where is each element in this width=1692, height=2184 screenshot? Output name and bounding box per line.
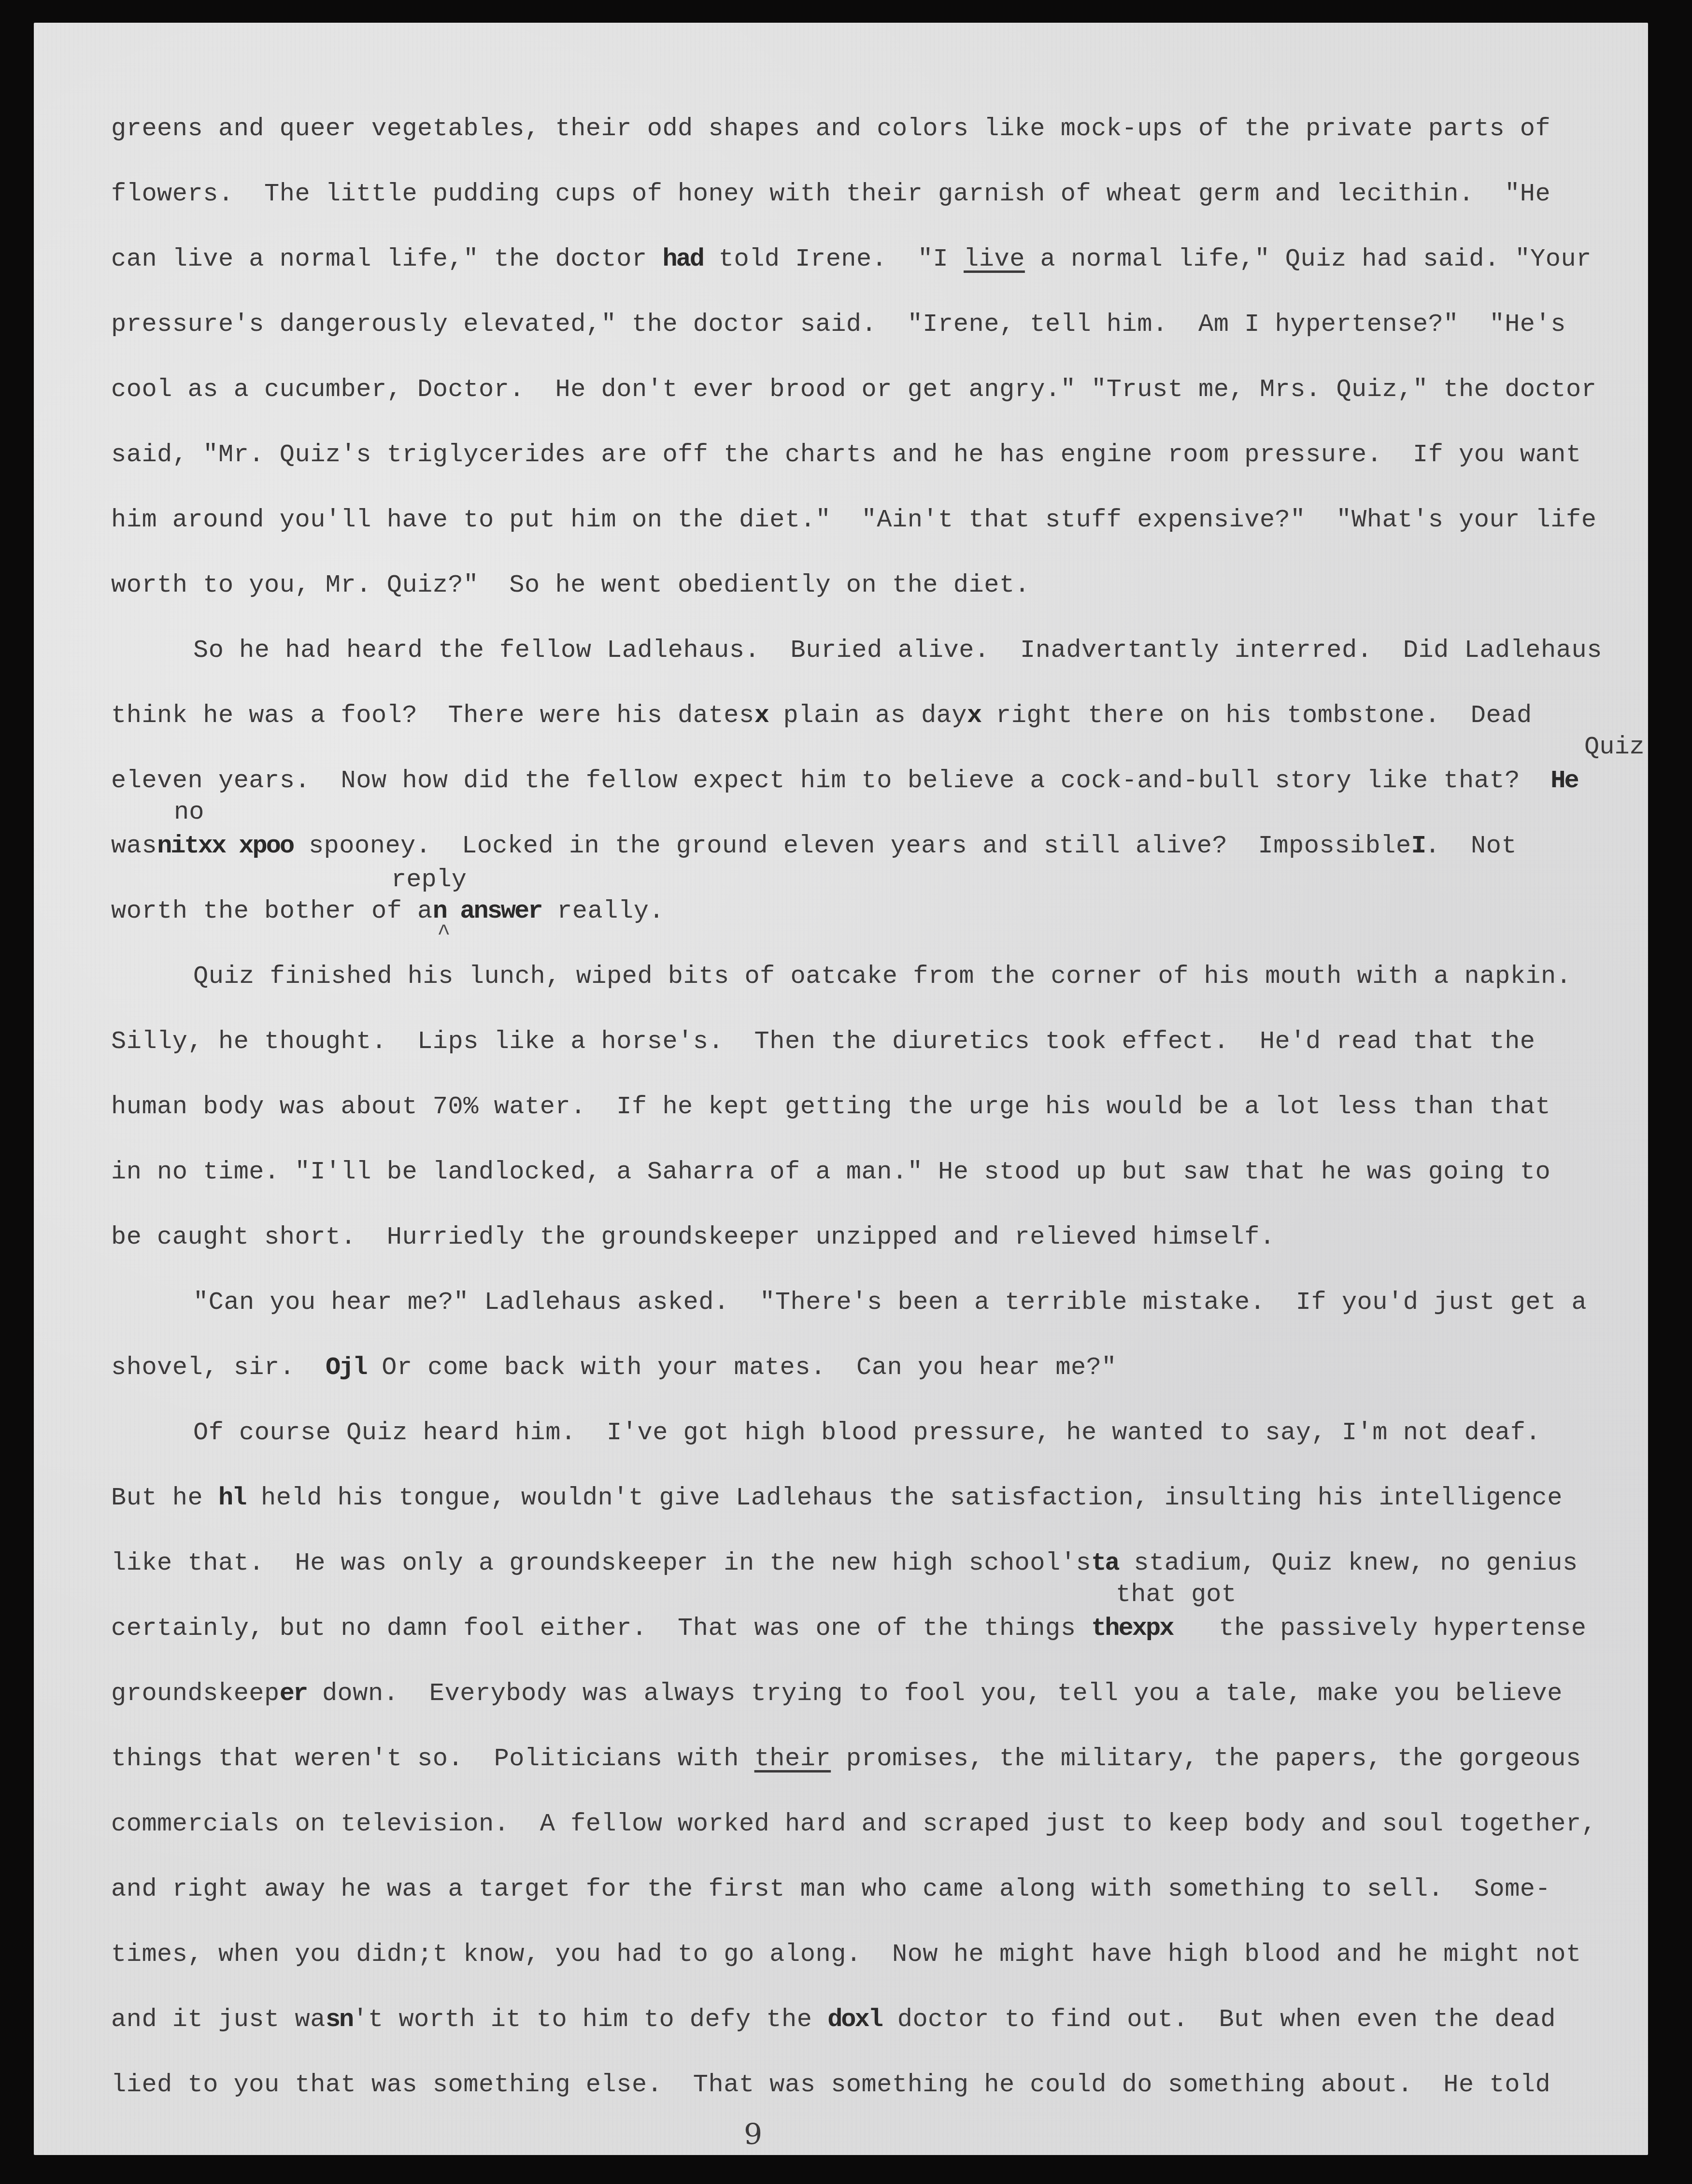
text-line: in no time. "I'll be landlocked, a Sahar…: [111, 1158, 1550, 1187]
struck-out-text: x: [754, 701, 768, 730]
text-line: and it just wasn't worth it to him to de…: [111, 2005, 1556, 2034]
manuscript-page: greens and queer vegetables, their odd s…: [34, 23, 1648, 2155]
text-span: promises, the military, the papers, the …: [831, 1744, 1581, 1773]
text-span: shovel, sir.: [111, 1353, 326, 1382]
text-span: the passively hypertense: [1173, 1614, 1586, 1643]
text-span: But he: [111, 1484, 218, 1512]
text-line: groundskeeper down. Everybody was always…: [111, 1679, 1563, 1708]
text-line: flowers. The little pudding cups of hone…: [111, 180, 1550, 209]
text-line: commercials on television. A fellow work…: [111, 1810, 1596, 1839]
text-line: lied to you that was something else. Tha…: [111, 2071, 1550, 2099]
text-line: human body was about 70% water. If he ke…: [111, 1092, 1550, 1121]
text-span: certainly, but no damn fool either. That…: [111, 1614, 1091, 1643]
text-span: spooney. Locked in the ground eleven yea…: [293, 832, 1411, 860]
struck-out-text: x: [967, 701, 981, 730]
interlinear-insertion: no: [174, 798, 204, 827]
text-line: eleven years. Now how did the fellow exp…: [111, 766, 1578, 795]
text-span: told Irene. "I: [703, 245, 964, 273]
paragraph-start: Quiz finished his lunch, wiped bits of o…: [193, 962, 1571, 991]
text-line: worth the bother of an answer really.: [111, 897, 664, 926]
text-line: can live a normal life," the doctor had …: [111, 245, 1592, 274]
text-line: certainly, but no damn fool either. That…: [111, 1614, 1586, 1643]
text-span: can live a normal life," the doctor: [111, 245, 662, 273]
text-span: was: [111, 832, 157, 860]
paragraph-start: Of course Quiz heard him. I've got high …: [193, 1418, 1541, 1447]
text-line: worth to you, Mr. Quiz?" So he went obed…: [111, 571, 1030, 600]
struck-out-text: hl: [218, 1484, 245, 1512]
text-line: cool as a cucumber, Doctor. He don't eve…: [111, 375, 1596, 404]
page-number: 9: [744, 2118, 762, 2152]
text-span: right there on his tombstone. Dead: [981, 701, 1532, 730]
text-line: shovel, sir. Ojl Or come back with your …: [111, 1353, 1117, 1382]
text-line: wasnitxx xpoo spooney. Locked in the gro…: [111, 832, 1517, 861]
struck-out-text: sn: [326, 2005, 353, 2034]
text-line: pressure's dangerously elevated," the do…: [111, 310, 1566, 339]
struck-out-text: had: [662, 245, 703, 273]
paragraph-start: "Can you hear me?" Ladlehaus asked. "The…: [193, 1288, 1587, 1317]
text-line: times, when you didn;t know, you had to …: [111, 1940, 1581, 1969]
text-line: things that weren't so. Politicians with…: [111, 1744, 1581, 1773]
interlinear-insertion: Quiz: [1584, 733, 1645, 762]
text-line: him around you'll have to put him on the…: [111, 506, 1596, 535]
text-span: like that. He was only a groundskeeper i…: [111, 1549, 1091, 1577]
text-span: worth the bother of a: [111, 897, 433, 925]
struck-out-text: He: [1550, 766, 1578, 795]
interlinear-insertion: reply: [391, 865, 467, 894]
interlinear-insertion: that got: [1116, 1580, 1237, 1609]
text-span: stadium, Quiz knew, no genius: [1119, 1549, 1578, 1577]
struck-out-text: Ojl: [326, 1353, 367, 1382]
paragraph-start: So he had heard the fellow Ladlehaus. Bu…: [193, 636, 1602, 665]
struck-out-text: er: [280, 1679, 307, 1708]
struck-out-text: doxl: [827, 2005, 882, 2034]
text-line: think he was a fool? There were his date…: [111, 701, 1532, 730]
text-span: and it just wa: [111, 2005, 326, 2034]
text-span: plain as day: [768, 701, 967, 730]
text-line: Silly, he thought. Lips like a horse's. …: [111, 1027, 1536, 1056]
underlined-word: live: [964, 245, 1025, 273]
text-span: down. Everybody was always trying to foo…: [307, 1679, 1563, 1708]
text-span: things that weren't so. Politicians with: [111, 1744, 754, 1773]
struck-out-text: thexpx: [1091, 1614, 1173, 1643]
struck-out-text: ta: [1091, 1549, 1118, 1577]
insertion-caret-icon: ^: [437, 921, 451, 946]
text-line: be caught short. Hurriedly the groundske…: [111, 1223, 1275, 1252]
text-span: eleven years. Now how did the fellow exp…: [111, 766, 1550, 795]
text-span: Or come back with your mates. Can you he…: [367, 1353, 1117, 1382]
text-span: . Not: [1425, 832, 1517, 860]
struck-out-text: I: [1411, 832, 1425, 860]
text-span: a normal life," Quiz had said. "Your: [1025, 245, 1592, 273]
text-line: said, "Mr. Quiz's triglycerides are off …: [111, 440, 1581, 469]
text-line: But he hl held his tongue, wouldn't give…: [111, 1484, 1563, 1513]
text-line: greens and queer vegetables, their odd s…: [111, 114, 1550, 143]
text-span: held his tongue, wouldn't give Ladlehaus…: [245, 1484, 1563, 1512]
text-span: doctor to find out. But when even the de…: [882, 2005, 1556, 2034]
text-span: think he was a fool? There were his date…: [111, 701, 754, 730]
struck-out-text: nitxx xpoo: [157, 832, 293, 860]
text-line: and right away he was a target for the f…: [111, 1875, 1550, 1904]
text-span: really.: [541, 897, 664, 925]
text-line: like that. He was only a groundskeeper i…: [111, 1549, 1578, 1578]
underlined-word: their: [754, 1744, 831, 1773]
text-span: groundskeep: [111, 1679, 280, 1708]
text-span: 't worth it to him to defy the: [353, 2005, 827, 2034]
